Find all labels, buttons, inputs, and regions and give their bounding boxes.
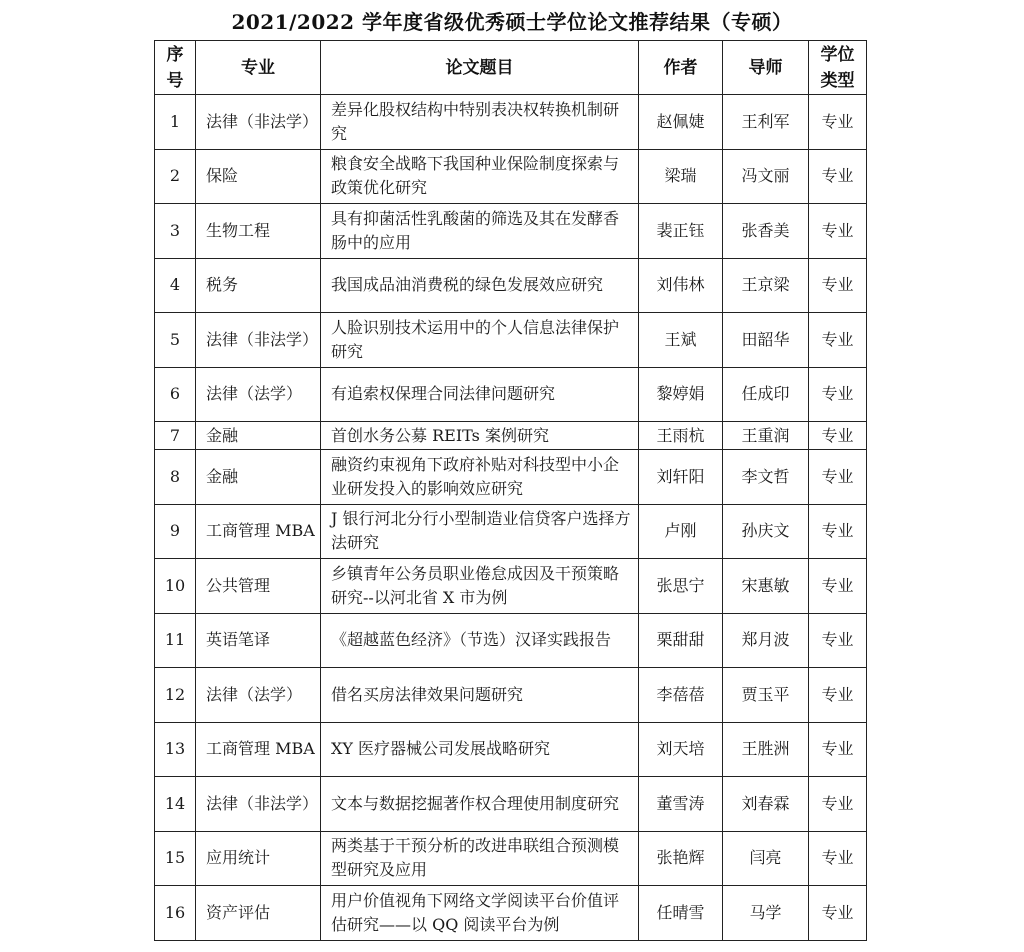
header-topic: 论文题目	[321, 41, 639, 95]
cell-degree-type: 专业	[809, 668, 867, 723]
cell-major: 金融	[196, 422, 321, 450]
table-row: 8 金融 融资约束视角下政府补贴对科技型中小企业研发投入的影响效应研究 刘轩阳 …	[155, 450, 867, 505]
cell-topic: 用户价值视角下网络文学阅读平台价值评估研究——以 QQ 阅读平台为例	[321, 886, 639, 941]
cell-no: 2	[155, 149, 196, 204]
cell-advisor: 郑月波	[723, 613, 809, 668]
cell-no: 15	[155, 831, 196, 886]
cell-major: 英语笔译	[196, 613, 321, 668]
cell-no: 12	[155, 668, 196, 723]
cell-advisor: 王利军	[723, 95, 809, 150]
cell-topic: 《超越蓝色经济》（节选）汉译实践报告	[321, 613, 639, 668]
table-header-row: 序号 专业 论文题目 作者 导师 学位类型	[155, 41, 867, 95]
cell-major: 应用统计	[196, 831, 321, 886]
cell-advisor: 李文哲	[723, 450, 809, 505]
cell-degree-type: 专业	[809, 313, 867, 368]
cell-no: 13	[155, 722, 196, 777]
cell-degree-type: 专业	[809, 886, 867, 941]
table-row: 13 工商管理 MBA XY 医疗器械公司发展战略研究 刘天培 王胜洲 专业	[155, 722, 867, 777]
table-row: 2 保险 粮食安全战略下我国种业保险制度探索与政策优化研究 梁瑞 冯文丽 专业	[155, 149, 867, 204]
cell-degree-type: 专业	[809, 204, 867, 259]
cell-author: 裴正钰	[639, 204, 723, 259]
cell-degree-type: 专业	[809, 559, 867, 614]
cell-topic: 具有抑菌活性乳酸菌的筛选及其在发酵香肠中的应用	[321, 204, 639, 259]
cell-degree-type: 专业	[809, 367, 867, 422]
cell-no: 16	[155, 886, 196, 941]
cell-author: 梁瑞	[639, 149, 723, 204]
cell-advisor: 王京梁	[723, 258, 809, 313]
header-author: 作者	[639, 41, 723, 95]
cell-advisor: 刘春霖	[723, 777, 809, 832]
cell-no: 1	[155, 95, 196, 150]
cell-no: 9	[155, 504, 196, 559]
cell-degree-type: 专业	[809, 722, 867, 777]
cell-degree-type: 专业	[809, 258, 867, 313]
cell-no: 14	[155, 777, 196, 832]
cell-advisor: 冯文丽	[723, 149, 809, 204]
table-row: 4 税务 我国成品油消费税的绿色发展效应研究 刘伟林 王京梁 专业	[155, 258, 867, 313]
cell-author: 董雪涛	[639, 777, 723, 832]
header-advisor: 导师	[723, 41, 809, 95]
table-row: 6 法律（法学） 有追索权保理合同法律问题研究 黎婷娟 任成印 专业	[155, 367, 867, 422]
cell-major: 法律（非法学）	[196, 95, 321, 150]
cell-topic: 借名买房法律效果问题研究	[321, 668, 639, 723]
cell-author: 栗甜甜	[639, 613, 723, 668]
cell-major: 保险	[196, 149, 321, 204]
cell-topic: 粮食安全战略下我国种业保险制度探索与政策优化研究	[321, 149, 639, 204]
cell-topic: XY 医疗器械公司发展战略研究	[321, 722, 639, 777]
cell-advisor: 宋惠敏	[723, 559, 809, 614]
table-row: 3 生物工程 具有抑菌活性乳酸菌的筛选及其在发酵香肠中的应用 裴正钰 张香美 专…	[155, 204, 867, 259]
cell-no: 8	[155, 450, 196, 505]
cell-author: 黎婷娟	[639, 367, 723, 422]
cell-topic: 差异化股权结构中特别表决权转换机制研究	[321, 95, 639, 150]
cell-advisor: 贾玉平	[723, 668, 809, 723]
table-row: 5 法律（非法学） 人脸识别技术运用中的个人信息法律保护研究 王斌 田韶华 专业	[155, 313, 867, 368]
cell-topic: 我国成品油消费税的绿色发展效应研究	[321, 258, 639, 313]
cell-degree-type: 专业	[809, 149, 867, 204]
cell-topic: 首创水务公募 REITs 案例研究	[321, 422, 639, 450]
cell-major: 法律（非法学）	[196, 313, 321, 368]
cell-major: 税务	[196, 258, 321, 313]
cell-advisor: 张香美	[723, 204, 809, 259]
cell-advisor: 王胜洲	[723, 722, 809, 777]
table-row: 12 法律（法学） 借名买房法律效果问题研究 李蓓蓓 贾玉平 专业	[155, 668, 867, 723]
header-degree-type: 学位类型	[809, 41, 867, 95]
cell-advisor: 田韶华	[723, 313, 809, 368]
cell-author: 张艳辉	[639, 831, 723, 886]
cell-major: 法律（法学）	[196, 668, 321, 723]
table-row: 16 资产评估 用户价值视角下网络文学阅读平台价值评估研究——以 QQ 阅读平台…	[155, 886, 867, 941]
cell-author: 刘天培	[639, 722, 723, 777]
cell-advisor: 孙庆文	[723, 504, 809, 559]
cell-topic: 人脸识别技术运用中的个人信息法律保护研究	[321, 313, 639, 368]
cell-degree-type: 专业	[809, 450, 867, 505]
cell-topic: 融资约束视角下政府补贴对科技型中小企业研发投入的影响效应研究	[321, 450, 639, 505]
table-row: 1 法律（非法学） 差异化股权结构中特别表决权转换机制研究 赵佩婕 王利军 专业	[155, 95, 867, 150]
cell-degree-type: 专业	[809, 831, 867, 886]
cell-author: 卢刚	[639, 504, 723, 559]
table-row: 11 英语笔译 《超越蓝色经济》（节选）汉译实践报告 栗甜甜 郑月波 专业	[155, 613, 867, 668]
cell-degree-type: 专业	[809, 613, 867, 668]
cell-major: 公共管理	[196, 559, 321, 614]
cell-advisor: 马学	[723, 886, 809, 941]
cell-author: 李蓓蓓	[639, 668, 723, 723]
cell-major: 资产评估	[196, 886, 321, 941]
cell-author: 任晴雪	[639, 886, 723, 941]
cell-topic: 文本与数据挖掘著作权合理使用制度研究	[321, 777, 639, 832]
results-table: 序号 专业 论文题目 作者 导师 学位类型 1 法律（非法学） 差异化股权结构中…	[154, 40, 867, 941]
cell-no: 4	[155, 258, 196, 313]
cell-topic: 乡镇青年公务员职业倦怠成因及干预策略研究--以河北省 X 市为例	[321, 559, 639, 614]
cell-topic: 两类基于干预分析的改进串联组合预测模型研究及应用	[321, 831, 639, 886]
cell-no: 5	[155, 313, 196, 368]
cell-no: 6	[155, 367, 196, 422]
cell-topic: J 银行河北分行小型制造业信贷客户选择方法研究	[321, 504, 639, 559]
cell-author: 刘轩阳	[639, 450, 723, 505]
cell-author: 王雨杭	[639, 422, 723, 450]
cell-major: 生物工程	[196, 204, 321, 259]
cell-advisor: 任成印	[723, 367, 809, 422]
cell-advisor: 王重润	[723, 422, 809, 450]
cell-advisor: 闫亮	[723, 831, 809, 886]
cell-no: 10	[155, 559, 196, 614]
cell-author: 王斌	[639, 313, 723, 368]
cell-no: 11	[155, 613, 196, 668]
cell-no: 7	[155, 422, 196, 450]
cell-degree-type: 专业	[809, 777, 867, 832]
cell-degree-type: 专业	[809, 504, 867, 559]
cell-author: 赵佩婕	[639, 95, 723, 150]
cell-author: 张思宁	[639, 559, 723, 614]
cell-major: 法律（非法学）	[196, 777, 321, 832]
table-row: 10 公共管理 乡镇青年公务员职业倦怠成因及干预策略研究--以河北省 X 市为例…	[155, 559, 867, 614]
table-row: 9 工商管理 MBA J 银行河北分行小型制造业信贷客户选择方法研究 卢刚 孙庆…	[155, 504, 867, 559]
table-row: 7 金融 首创水务公募 REITs 案例研究 王雨杭 王重润 专业	[155, 422, 867, 450]
cell-major: 法律（法学）	[196, 367, 321, 422]
cell-author: 刘伟林	[639, 258, 723, 313]
cell-degree-type: 专业	[809, 95, 867, 150]
cell-major: 工商管理 MBA	[196, 722, 321, 777]
header-major: 专业	[196, 41, 321, 95]
cell-major: 金融	[196, 450, 321, 505]
table-row: 14 法律（非法学） 文本与数据挖掘著作权合理使用制度研究 董雪涛 刘春霖 专业	[155, 777, 867, 832]
cell-major: 工商管理 MBA	[196, 504, 321, 559]
header-no: 序号	[155, 41, 196, 95]
cell-degree-type: 专业	[809, 422, 867, 450]
cell-no: 3	[155, 204, 196, 259]
cell-topic: 有追索权保理合同法律问题研究	[321, 367, 639, 422]
table-row: 15 应用统计 两类基于干预分析的改进串联组合预测模型研究及应用 张艳辉 闫亮 …	[155, 831, 867, 886]
document-title: 2021/2022 学年度省级优秀硕士学位论文推荐结果（专硕）	[0, 6, 1024, 35]
